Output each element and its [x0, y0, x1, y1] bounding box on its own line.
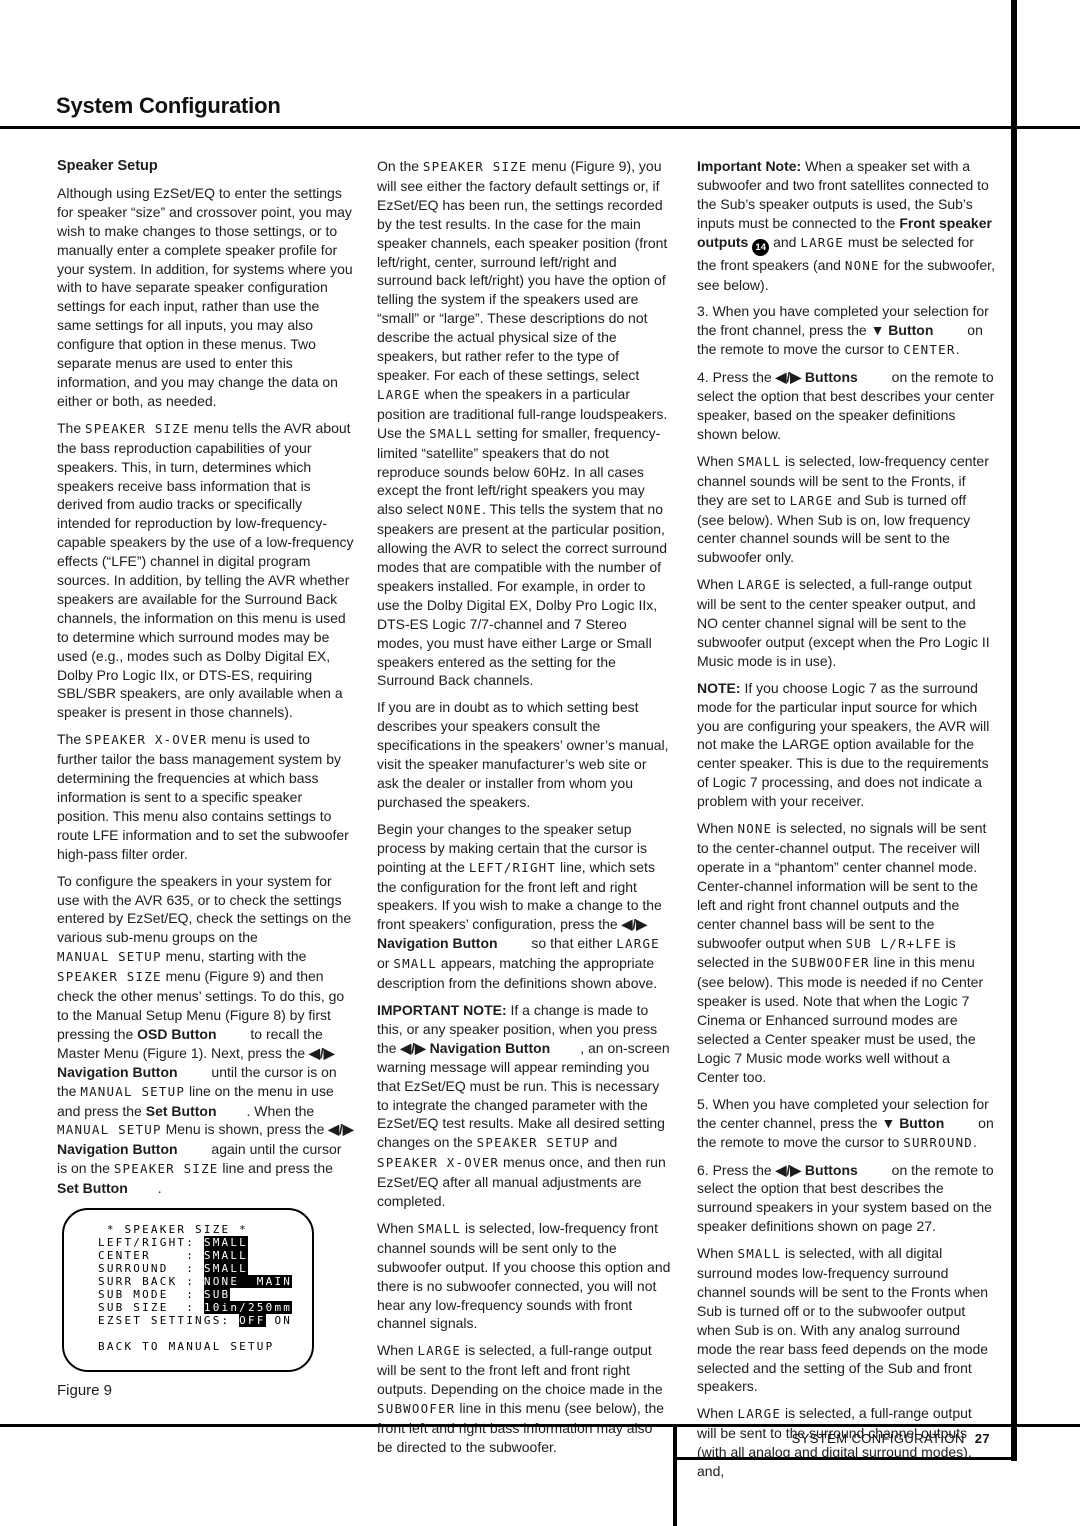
text: 5. When you have completed your selectio… — [697, 1096, 989, 1131]
menu-text: SURR BACK : — [98, 1275, 204, 1288]
osd-menu-line: SUB SIZE : 10in/250mm — [98, 1301, 306, 1314]
lcd-text: SPEAKER SIZE — [85, 421, 190, 436]
text: To configure the speakers in your system… — [57, 873, 351, 946]
text: is selected, with all digital surround m… — [697, 1245, 988, 1394]
lcd-text: SUBWOOFER — [377, 1401, 456, 1416]
bold-text: Important Note: — [697, 158, 801, 174]
lcd-text: SPEAKER X-OVER — [85, 732, 207, 747]
lcd-text: LARGE — [800, 235, 844, 250]
text: menu tells the AVR about the bass reprod… — [57, 420, 354, 721]
text: menu is used to further tailor the bass … — [57, 731, 349, 861]
text: so that either — [528, 935, 617, 951]
paragraph: To configure the speakers in your system… — [57, 872, 354, 1198]
paragraph: If you are in doubt as to which setting … — [377, 698, 671, 811]
menu-inverse-text: 10in/250mm — [204, 1301, 292, 1314]
text: When — [377, 1342, 417, 1358]
text: 3. When you have completed your selectio… — [697, 303, 989, 338]
lcd-text: SMALL — [393, 956, 437, 971]
menu-inverse-text: SUB — [204, 1288, 230, 1301]
text: When — [377, 1220, 417, 1236]
paragraph: When LARGE is selected, a full-range out… — [697, 575, 995, 671]
lcd-text: LARGE — [616, 936, 660, 951]
text: line and press the — [219, 1160, 333, 1176]
text: When — [697, 453, 737, 469]
menu-inverse-text: OFF — [239, 1314, 265, 1327]
paragraph: The SPEAKER X-OVER menu is used to furth… — [57, 730, 354, 863]
paragraph: When NONE is selected, no signals will b… — [697, 819, 995, 1087]
osd-menu-line: * SPEAKER SIZE * — [98, 1223, 306, 1236]
text: When — [697, 1405, 737, 1421]
lcd-text: MANUAL SETUP — [57, 949, 162, 964]
paragraph: 5. When you have completed your selectio… — [697, 1095, 995, 1153]
text: 4. Press the — [697, 369, 776, 385]
text: . — [158, 1180, 162, 1196]
lcd-text: NONE — [737, 821, 772, 836]
lcd-text: SURROUND — [903, 1135, 973, 1150]
text: Menu is shown, press the — [162, 1121, 329, 1137]
lcd-text: SUBWOOFER — [791, 955, 870, 970]
lcd-text: SPEAKER SIZE — [423, 159, 528, 174]
menu-text: SUB SIZE : — [98, 1301, 204, 1314]
bold-text: IMPORTANT NOTE: — [377, 1002, 507, 1018]
text: When — [697, 576, 737, 592]
bold-text: ▼ Button — [871, 322, 934, 338]
text: . — [956, 341, 960, 357]
bold-text: Set Button — [57, 1180, 128, 1196]
paragraph: 3. When you have completed your selectio… — [697, 302, 995, 360]
lcd-text: LARGE — [737, 1406, 781, 1421]
paragraph: 6. Press the ◀/▶ Buttons on the remote t… — [697, 1161, 995, 1237]
paragraph: IMPORTANT NOTE: If a change is made to t… — [377, 1001, 671, 1211]
osd-menu-line: BACK TO MANUAL SETUP — [98, 1340, 306, 1353]
text: When — [697, 820, 737, 836]
title-divider — [0, 126, 1080, 129]
menu-inverse-text: NONE MAIN — [204, 1275, 292, 1288]
footer-box-underline — [677, 1457, 1011, 1460]
bold-text: Set Button — [146, 1103, 217, 1119]
lcd-text: SMALL — [417, 1221, 461, 1236]
footer-page-number: 27 — [975, 1431, 990, 1446]
lcd-text: MANUAL SETUP — [57, 1122, 162, 1137]
column-right-paragraphs: Important Note: When a speaker set with … — [697, 157, 995, 1481]
menu-text: CENTER : — [98, 1249, 204, 1262]
text: Although using EzSet/EQ to enter the set… — [57, 185, 353, 409]
footer-divider — [0, 1424, 1080, 1427]
paragraph: Although using EzSet/EQ to enter the set… — [57, 184, 354, 411]
text: menu (Figure 9), you will see either the… — [377, 158, 667, 383]
lcd-text: SUB L/R+LFE — [846, 936, 942, 951]
osd-menu-line: SURROUND : SMALL — [98, 1262, 306, 1275]
section-heading: Speaker Setup — [57, 157, 354, 176]
bold-text: ◀/▶ Buttons — [776, 1162, 858, 1178]
text: The — [57, 420, 85, 436]
lcd-text: SPEAKER SIZE — [114, 1161, 219, 1176]
osd-menu-line: EZSET SETTINGS: OFF ON — [98, 1314, 306, 1327]
bold-text: OSD Button — [137, 1026, 216, 1042]
text-column-left: Speaker Setup Although using EzSet/EQ to… — [57, 157, 354, 1206]
osd-menu-line: LEFT/RIGHT: SMALL — [98, 1236, 306, 1249]
column-middle-paragraphs: On the SPEAKER SIZE menu (Figure 9), you… — [377, 157, 671, 1457]
paragraph: When SMALL is selected, with all digital… — [697, 1244, 995, 1396]
bold-text: ◀/▶ Navigation Button — [400, 1040, 550, 1056]
lcd-text: SMALL — [737, 1246, 781, 1261]
text: . When the — [247, 1103, 315, 1119]
text-column-middle: On the SPEAKER SIZE menu (Figure 9), you… — [377, 157, 671, 1465]
osd-menu-line: SURR BACK : NONE MAIN — [98, 1275, 306, 1288]
footer-section-label: SYSTEM CONFIGURATION — [792, 1431, 965, 1446]
lcd-text: CENTER — [903, 342, 955, 357]
footer: SYSTEM CONFIGURATION27 — [677, 1431, 990, 1446]
text: On the — [377, 158, 423, 174]
text: is selected, low-frequency front channel… — [377, 1220, 670, 1332]
paragraph: When LARGE is selected, a full-range out… — [377, 1341, 671, 1456]
text: or — [377, 955, 393, 971]
lcd-text: LARGE — [790, 493, 834, 508]
text: . This tells the system that no speakers… — [377, 501, 667, 688]
paragraph: The SPEAKER SIZE menu tells the AVR abou… — [57, 419, 354, 723]
menu-text: SUB MODE : — [98, 1288, 204, 1301]
text: If you choose Logic 7 as the surround mo… — [697, 680, 989, 809]
text: 6. Press the — [697, 1162, 776, 1178]
osd-menu-line — [98, 1327, 306, 1340]
text: and — [590, 1134, 617, 1150]
paragraph: 4. Press the ◀/▶ Buttons on the remote t… — [697, 368, 995, 444]
lcd-text: NONE — [845, 258, 880, 273]
lcd-text: SPEAKER X-OVER — [377, 1155, 499, 1170]
paragraph: On the SPEAKER SIZE menu (Figure 9), you… — [377, 157, 671, 690]
menu-text: SURROUND : — [98, 1262, 204, 1275]
text: is selected, no signals will be sent to … — [697, 820, 986, 950]
page-title: System Configuration — [56, 93, 281, 119]
figure-caption: Figure 9 — [57, 1382, 112, 1399]
osd-menu-line: CENTER : SMALL — [98, 1249, 306, 1262]
paragraph: Begin your changes to the speaker setup … — [377, 820, 671, 993]
osd-menu-lines: * SPEAKER SIZE *LEFT/RIGHT: SMALLCENTER … — [98, 1223, 306, 1353]
text-column-right: Important Note: When a speaker set with … — [697, 157, 995, 1489]
lcd-text: LEFT/RIGHT — [469, 860, 556, 875]
menu-inverse-text: SMALL — [204, 1262, 248, 1275]
menu-text: BACK TO MANUAL SETUP — [98, 1340, 274, 1353]
paragraph: Important Note: When a speaker set with … — [697, 157, 995, 294]
text: menu, starting with the — [162, 948, 307, 964]
manual-page: System Configuration Speaker Setup Altho… — [0, 0, 1080, 1526]
text: . — [973, 1134, 977, 1150]
bold-text: ▼ Button — [881, 1115, 944, 1131]
lcd-text: LARGE — [417, 1343, 461, 1358]
lcd-text: LARGE — [377, 387, 421, 402]
lcd-text: SPEAKER SIZE — [57, 969, 162, 984]
page-edge-rule — [1011, 0, 1017, 1461]
text: If you are in doubt as to which setting … — [377, 699, 669, 810]
bold-text: NOTE: — [697, 680, 741, 696]
menu-text: ON — [266, 1314, 292, 1327]
menu-text: * SPEAKER SIZE * — [98, 1223, 248, 1236]
lcd-text: NONE — [447, 502, 482, 517]
lcd-text: SMALL — [429, 426, 473, 441]
menu-text: LEFT/RIGHT: — [98, 1236, 204, 1249]
paragraph: NOTE: If you choose Logic 7 as the surro… — [697, 679, 995, 811]
column-left-paragraphs: Although using EzSet/EQ to enter the set… — [57, 184, 354, 1198]
menu-inverse-text: SMALL — [204, 1236, 248, 1249]
text: line in this menu (see below). This mode… — [697, 954, 983, 1084]
remote-key-badge: 14 — [752, 239, 769, 256]
text: When — [697, 1245, 737, 1261]
bold-text: ◀/▶ Buttons — [776, 369, 858, 385]
paragraph: When SMALL is selected, low-frequency fr… — [377, 1219, 671, 1333]
figure9-osd-menu-screen: * SPEAKER SIZE *LEFT/RIGHT: SMALLCENTER … — [62, 1208, 314, 1372]
lcd-text: LARGE — [737, 577, 781, 592]
osd-menu-line: SUB MODE : SUB — [98, 1288, 306, 1301]
paragraph: When SMALL is selected, low-frequency ce… — [697, 452, 995, 567]
menu-text: EZSET SETTINGS: — [98, 1314, 239, 1327]
text: and — [769, 234, 800, 250]
lcd-text: MANUAL SETUP — [80, 1084, 185, 1099]
text: The — [57, 731, 85, 747]
lcd-text: SPEAKER SETUP — [477, 1135, 590, 1150]
lcd-text: SMALL — [737, 454, 781, 469]
text: , an on-screen warning message will appe… — [377, 1040, 670, 1151]
menu-inverse-text: SMALL — [204, 1249, 248, 1262]
